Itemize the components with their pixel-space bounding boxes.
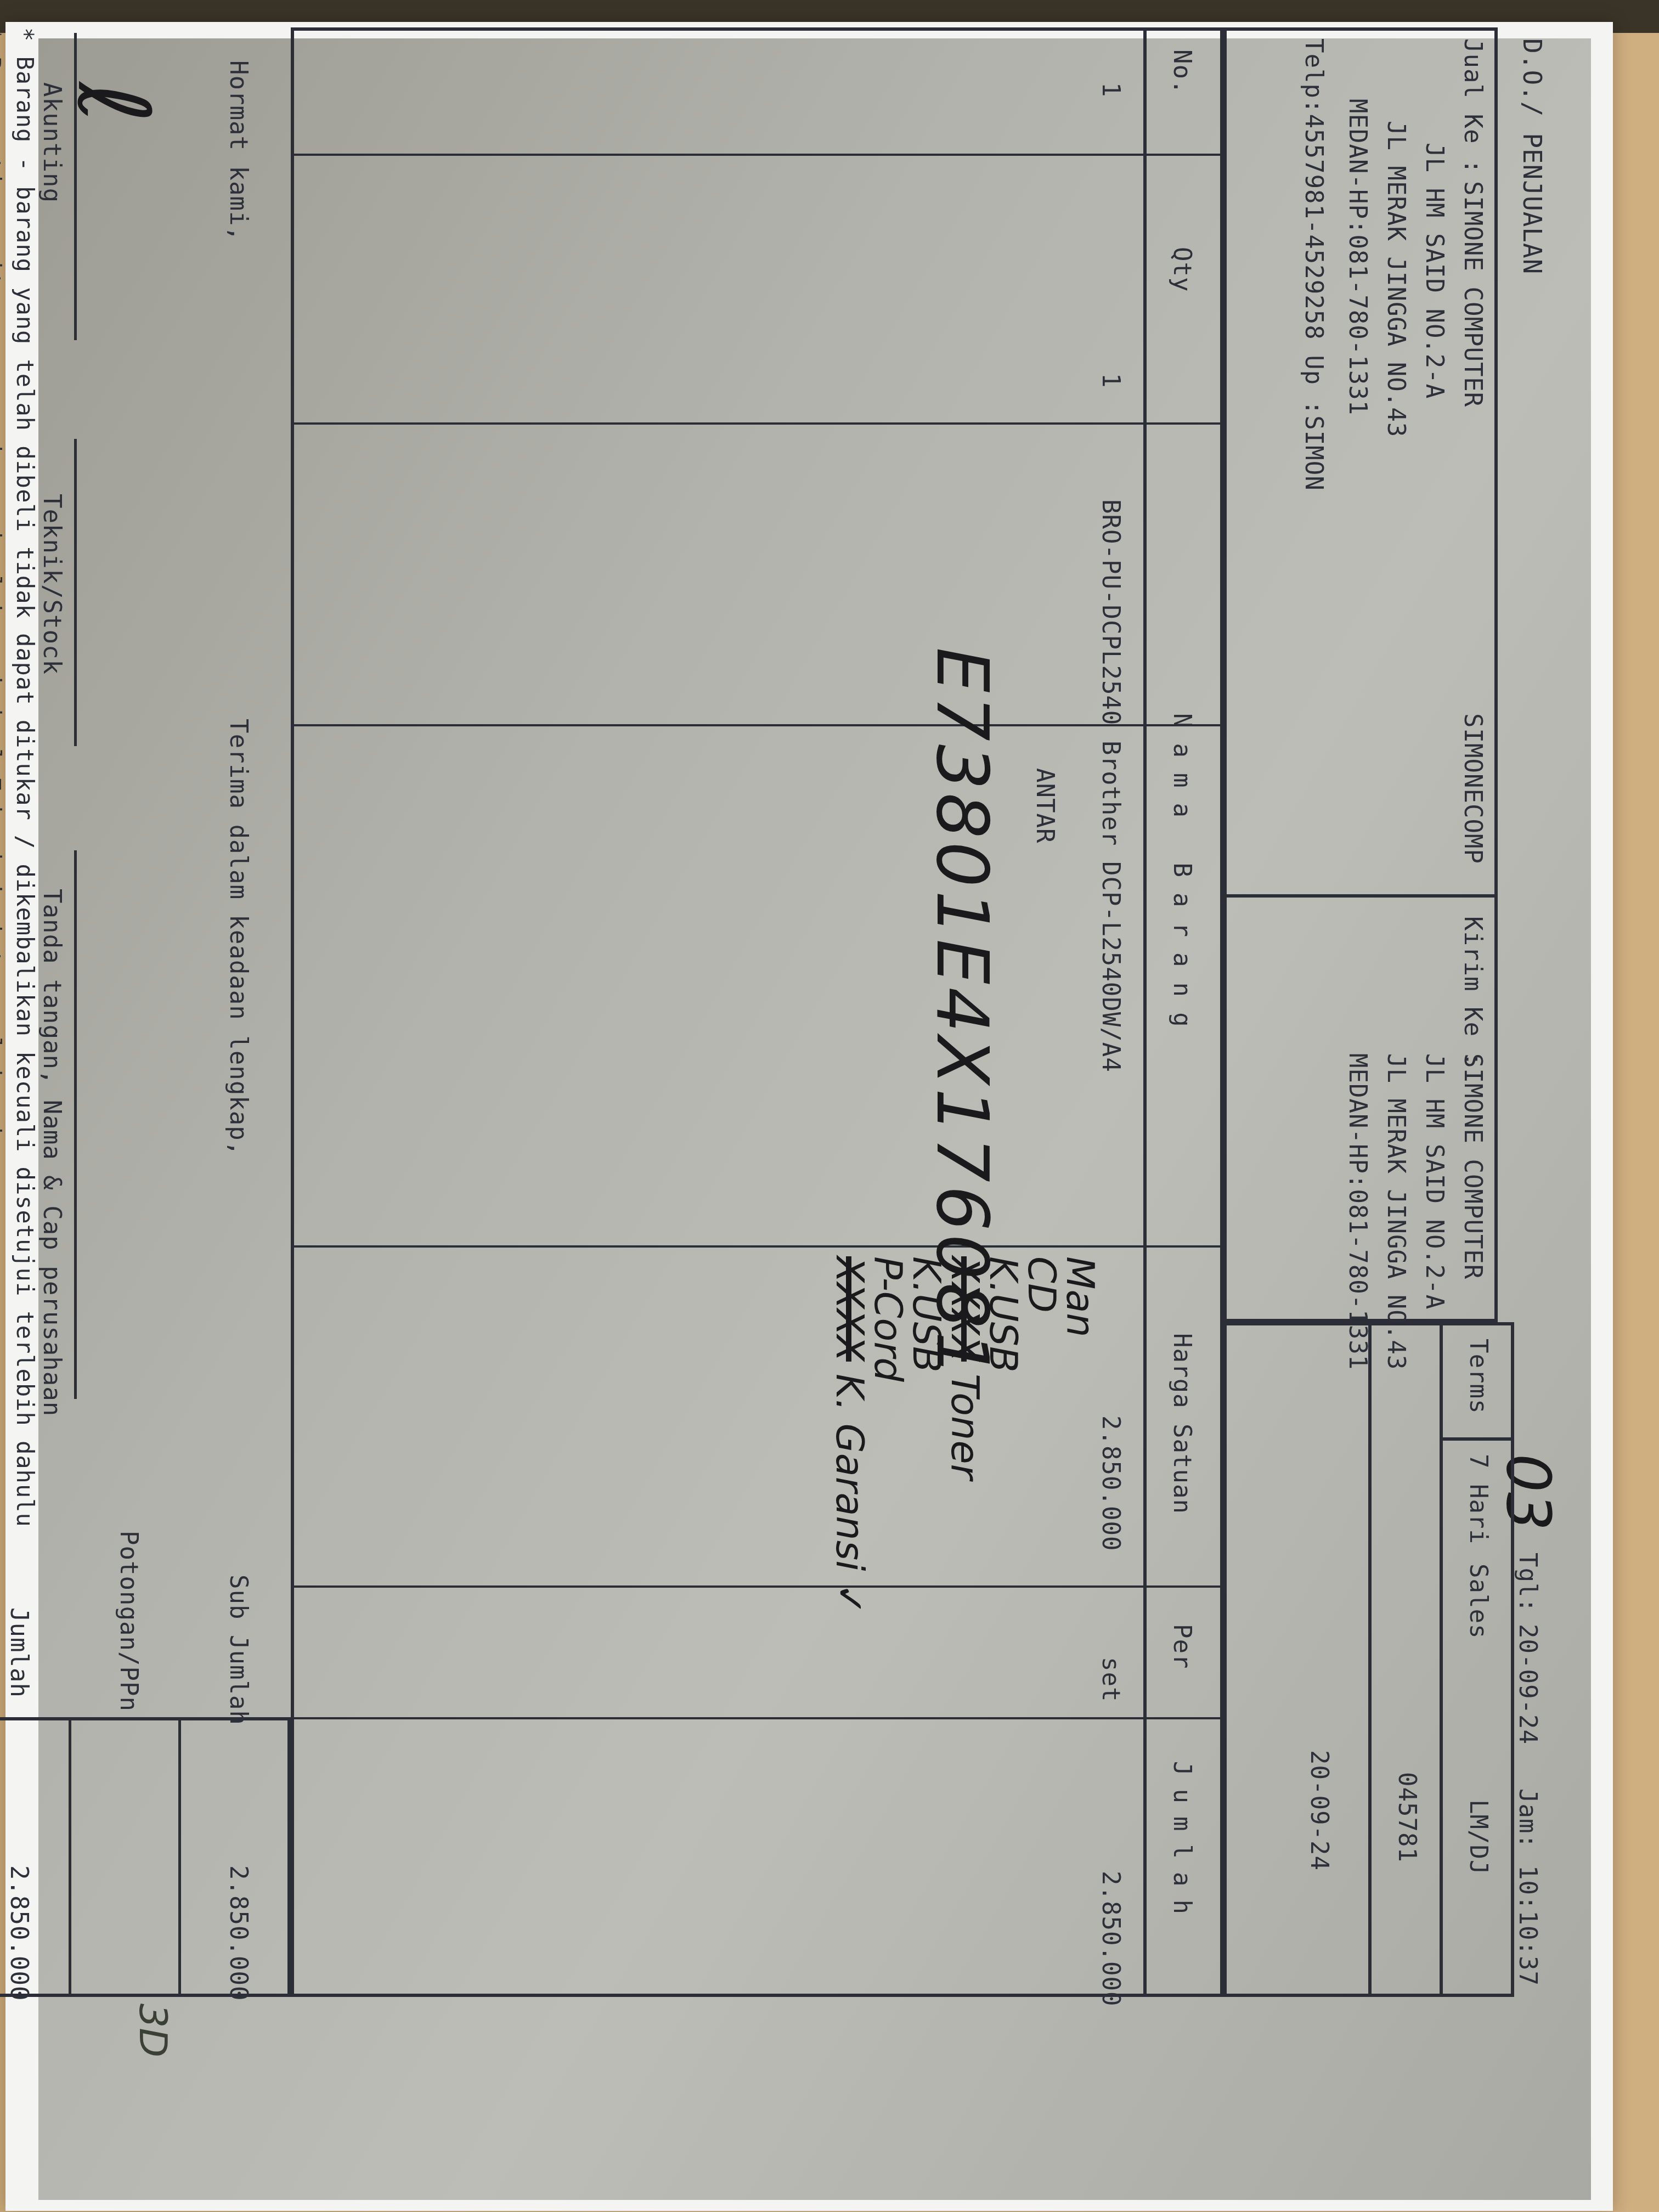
received-text: Terima dalam keadaan lengkap, <box>224 719 252 1156</box>
note-line: * Penggantian unit yang sama hanya berla… <box>0 27 5 1167</box>
col-header-amount: Jumlah <box>1168 1761 1196 1927</box>
row-name: Brother DCP-L2540DW/A4 <box>1097 741 1125 1073</box>
row-note: ANTAR <box>1031 768 1059 843</box>
totals-divider <box>178 1717 181 1997</box>
total-label: Jumlah <box>5 1607 33 1698</box>
sales-label: Sales <box>1464 1564 1492 1639</box>
technical-label: Teknik/Stock <box>38 494 66 675</box>
sell-to-address2: JL MERAK JINGGA NO.43 <box>1382 121 1410 437</box>
accounting-label: Akunting <box>38 82 66 203</box>
accounting-signature-line <box>74 33 77 340</box>
col-header-name: Nama Barang <box>1168 713 1196 1042</box>
date-label: Tgl: <box>1514 1553 1542 1613</box>
table-header-divider <box>1143 27 1147 1997</box>
col-header-unit-price: Harga Satuan <box>1168 1333 1196 1514</box>
meta-row-divider <box>1440 1322 1443 1997</box>
checklist-item: K.USB <box>904 1256 949 1373</box>
ship-to-label: Kirim Ke : <box>1459 916 1487 1067</box>
sell-to-label: Jual Ke : <box>1459 38 1487 174</box>
checklist-item: P-Cord <box>866 1256 911 1382</box>
stamp-label: Tanda tangan, Nama & Cap perusahaan <box>38 889 66 1417</box>
meta-row-divider <box>1368 1322 1372 1997</box>
customer-code: SIMONECOMP <box>1459 713 1487 864</box>
col-divider <box>291 154 1223 156</box>
checklist-item: K.USB <box>981 1256 1026 1373</box>
row-code: BRO-PU-DCPL2540 <box>1097 499 1125 725</box>
date-value: 20-09-24 <box>1514 1624 1542 1745</box>
ship-to-address1: JL HM SAID NO.2-A <box>1420 1053 1448 1310</box>
document-title: D.O./ PENJUALAN <box>1517 38 1547 274</box>
note-line: * Barang - barang yang telah dibeli tida… <box>12 27 38 1527</box>
handwritten-signature: ℓ <box>55 82 170 123</box>
row-unit-price: 2.850.000 <box>1097 1415 1125 1551</box>
doc-date: 20-09-24 <box>1305 1750 1333 1871</box>
sales-value: LM/DJ <box>1464 1799 1492 1875</box>
delivery-order-document: D.O./ PENJUALAN 03 Tgl: 20-09-24 Jam: 10… <box>38 16 1553 2145</box>
col-header-per: Per <box>1168 1624 1196 1669</box>
subtotal-label: Sub Jumlah <box>224 1575 252 1725</box>
col-divider <box>291 1717 1223 1719</box>
subtotal-value: 2.850.000 <box>224 1865 252 2001</box>
checklist-item: CD <box>1019 1256 1064 1313</box>
row-qty: 1 <box>1097 373 1125 388</box>
checklist-item: XXXX Toner <box>943 1256 988 1480</box>
col-divider <box>291 724 1223 726</box>
total-value: 2.850.000 <box>5 1865 33 2001</box>
checklist-item: Man <box>1058 1256 1103 1338</box>
row-no: 1 <box>1097 82 1125 98</box>
company-signature-line <box>74 850 77 1399</box>
time-label: Jam: <box>1514 1788 1542 1849</box>
regards-text: Hormat kami, <box>224 60 252 241</box>
col-divider <box>291 422 1223 425</box>
col-header-no: No. <box>1168 49 1196 94</box>
ship-to-name: SIMONE COMPUTER <box>1459 1053 1487 1279</box>
sell-to-address3: MEDAN-HP:081-780-1331 <box>1344 99 1372 415</box>
items-table <box>291 27 1223 1997</box>
corner-handwritten-mark: 3D <box>131 2004 176 2057</box>
sell-to-name: SIMONE COMPUTER <box>1459 181 1487 407</box>
row-amount: 2.850.000 <box>1097 1871 1125 2006</box>
terms-label: Terms <box>1464 1339 1492 1414</box>
doc-number: 045781 <box>1393 1772 1421 1863</box>
totals-divider <box>69 1717 71 1997</box>
col-header-qty: Qty <box>1168 247 1196 292</box>
checklist-item: XXXX K. Garansi ✓ <box>827 1256 872 1616</box>
sell-to-phone: Telp:4557981-4529258 Up :SIMON <box>1300 38 1328 491</box>
col-divider <box>291 1245 1223 1248</box>
terms-value: 7 Hari <box>1464 1454 1492 1544</box>
sell-to-address1: JL HM SAID NO.2-A <box>1420 143 1448 399</box>
col-divider <box>291 1585 1223 1588</box>
technical-signature-line <box>74 439 77 746</box>
address-divider <box>1223 894 1498 898</box>
discount-label: Potongan/PPn <box>115 1531 143 1712</box>
time-value: 10:10:37 <box>1514 1865 1542 1986</box>
row-per: set <box>1097 1657 1125 1702</box>
meta-col-divider <box>1443 1437 1514 1441</box>
